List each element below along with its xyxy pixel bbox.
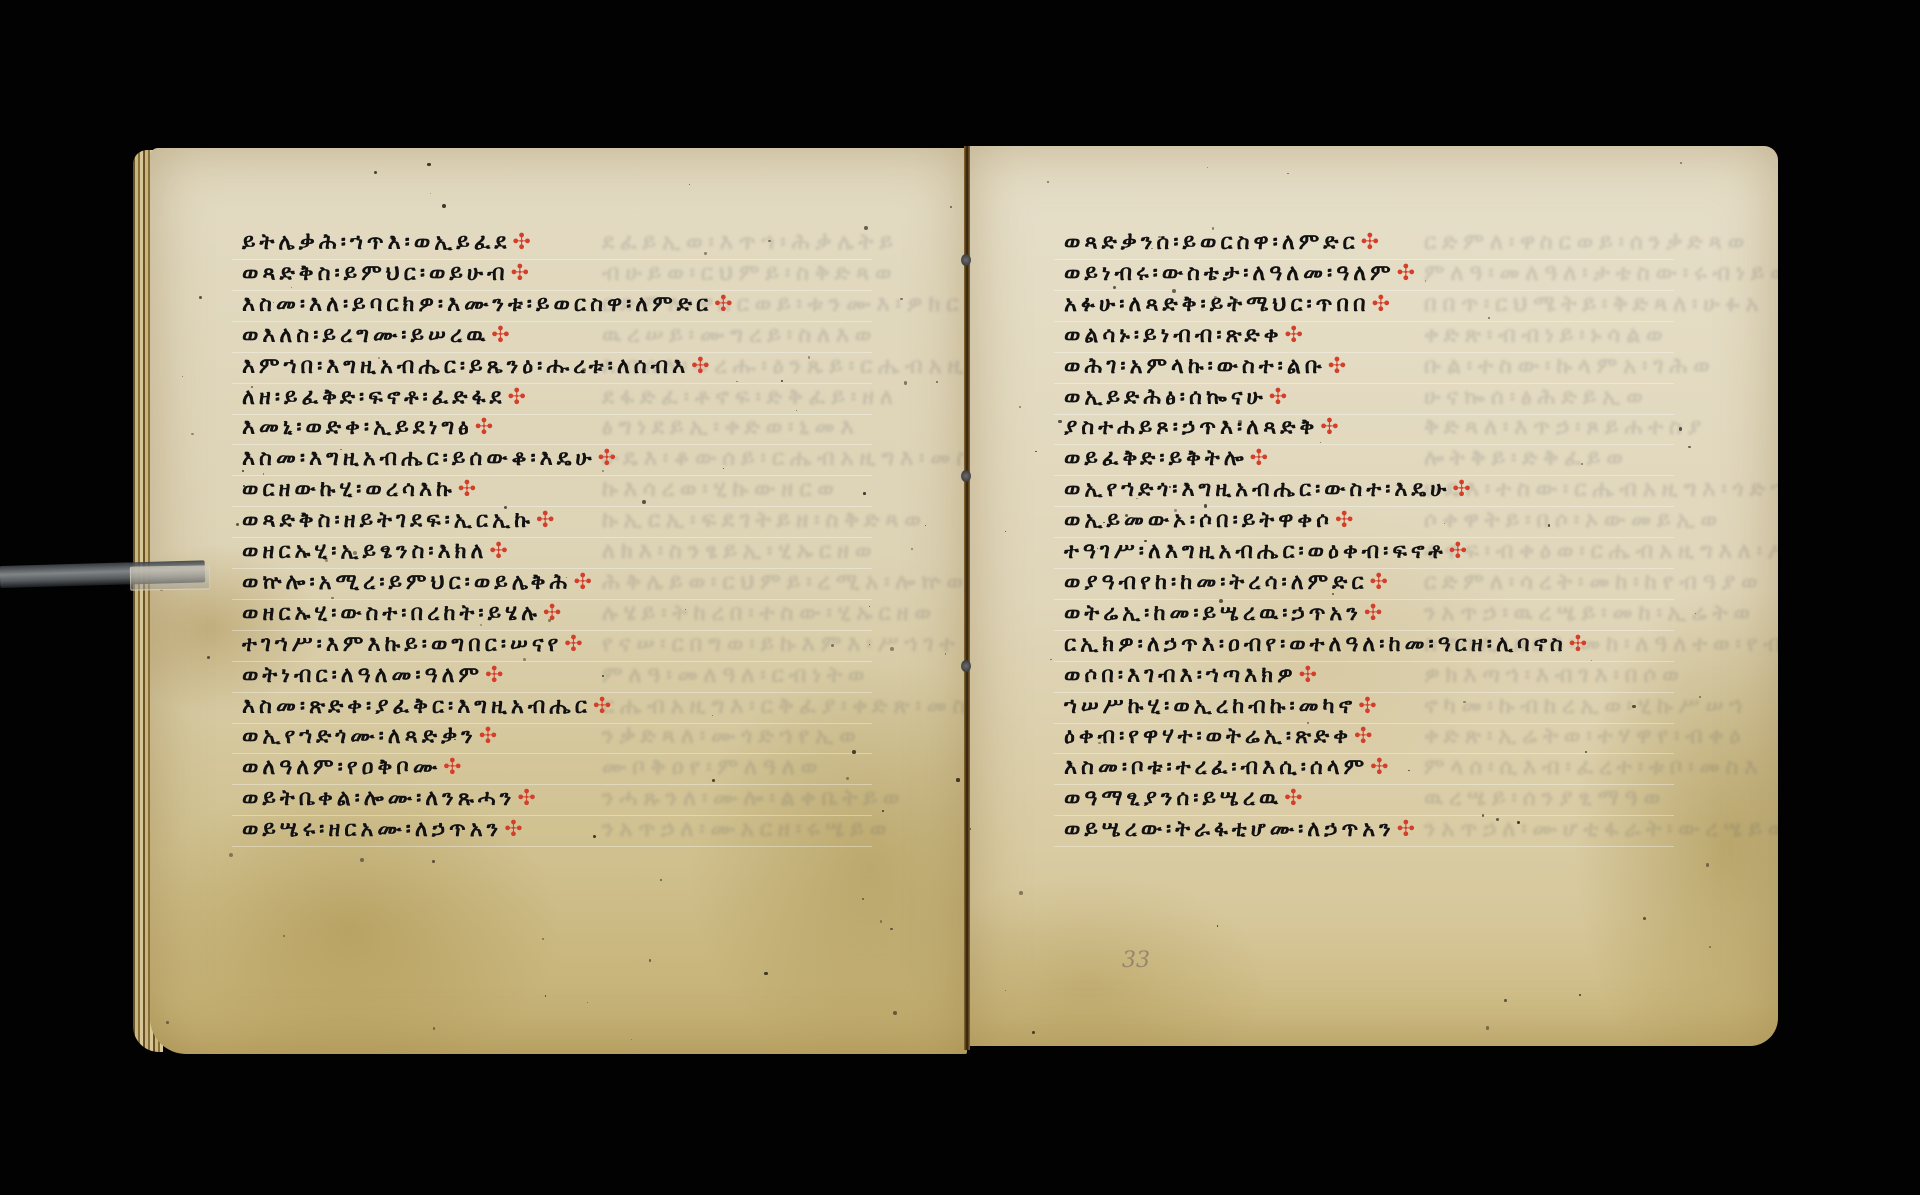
manuscript-line: ዕቀብ፡የዋሃተ፡ወትሬኢ፡ጽድቀ✣ [1064, 724, 1372, 749]
bleed-through-line: ሁዴእ፡ተስው፡ርሔብአዚግእ፡ጎድኀየኢወ [1424, 477, 1778, 502]
manuscript-line: ወይፈቅድ፡ይቅትሎ✣ [1064, 446, 1268, 471]
bleed-through-line: ርድምለ፡ሳረት፡መከ፡ከየብዓያወ [1424, 570, 1764, 595]
ruling-line [232, 630, 872, 631]
ruling-line [232, 661, 872, 662]
manuscript-line: ወእለስ፡ይረግሙ፡ይሠረዉ✣ [242, 323, 510, 348]
bleed-through-line: ዉረሤይ፡ሰንያፂማዓወ [1424, 786, 1666, 811]
rubric-cross-icon: ✣ [1285, 323, 1303, 348]
speck [781, 380, 783, 382]
manuscript-line: አፉሁ፡ለጻድቅ፡ይትሜህር፡ጥበበ✣ [1064, 292, 1390, 317]
line-text: ወጻድቅስ፡ይምህር፡ወይሁብ [242, 261, 509, 286]
ruling-line [1054, 630, 1674, 631]
rubric-cross-icon: ✣ [511, 261, 529, 286]
speck [1504, 999, 1506, 1001]
line-text: ወይነብሩ፡ውስቴታ፡ለዓለመ፡ዓለም [1064, 261, 1395, 286]
manuscript-line: ወትነብር፡ለዓለመ፡ዓለም✣ [242, 663, 503, 688]
manuscript-line: ወዘርኡሂ፡ኢይፄንስ፡እክለ✣ [242, 539, 508, 564]
speck [1098, 742, 1100, 744]
bleed-through-line: ንቃድጻለ፡ሙጎድኀየኢወ [602, 724, 862, 749]
manuscript-line: ወዓማፂያንሰ፡ይሤረዉ✣ [1064, 786, 1303, 811]
speck [1332, 593, 1334, 595]
speck [1019, 891, 1023, 895]
rubric-cross-icon: ✣ [1284, 786, 1302, 811]
left-page: ደፈይኢወ፡እጥኀ፡ሕቃሌትይብሁይወ፡ርህምይ፡ስቅድጻወርድምለ፡ዋስርወይ… [150, 148, 967, 1054]
rubric-cross-icon: ✣ [1299, 663, 1317, 688]
bleed-through-line: ኩኢርኢ፡ፍደገትይዘ፡ስቅድጻወ [602, 508, 927, 533]
rubric-cross-icon: ✣ [479, 724, 497, 749]
rubric-cross-icon: ✣ [491, 323, 509, 348]
speck [1482, 814, 1485, 817]
manuscript-photo: ደፈይኢወ፡እጥኀ፡ሕቃሌትይብሁይወ፡ርህምይ፡ስቅድጻወርድምለ፡ዋስርወይ… [0, 0, 1920, 1195]
bleed-through-line: ንአጥኃ፡ዉረሤይ፡መከ፡ኢሬትወ [1424, 601, 1756, 626]
bleed-through-line: ሶቀዋትይ፡በሶ፡ኦውመይኢወ [1424, 508, 1723, 533]
rubric-cross-icon: ✣ [1364, 601, 1382, 626]
rubric-cross-icon: ✣ [564, 632, 582, 657]
line-text: እስመ፡እለ፡ይባርክዎ፡እሙንቱ፡ይወርስዋ፡ለምድር [242, 292, 712, 317]
speck [582, 368, 585, 371]
bleed-through-line: ኩእሳረወ፡ሂኩውዘርወ [602, 477, 840, 502]
line-text: ወኢየኀድጎ፡እግዚአብሔር፡ውስተ፡እዴሁ [1064, 477, 1450, 502]
speck [1320, 442, 1321, 443]
line-text: ያስተሐይጾ፡ኃጥእ፡ለጻድቅ [1064, 415, 1318, 440]
speck [925, 525, 926, 526]
ruling-line [1054, 383, 1674, 384]
speck [331, 597, 333, 599]
rubric-cross-icon: ✣ [1370, 570, 1388, 595]
ruling-line [1054, 723, 1674, 724]
speck [1144, 540, 1146, 542]
speck [893, 1011, 897, 1015]
line-text: ተዓገሥ፡ለእግዚአብሔር፡ወዕቀብ፡ፍኖቶ [1064, 539, 1447, 564]
ruling-line [1054, 259, 1674, 260]
speck [374, 797, 377, 800]
ruling-line [232, 475, 872, 476]
line-text: ወእለስ፡ይረግሙ፡ይሠረዉ [242, 323, 489, 348]
rubric-cross-icon: ✣ [1397, 817, 1415, 842]
manuscript-line: ተገኀሥ፡እምእኩይ፡ወግበር፡ሠናየ✣ [242, 632, 583, 657]
speck [353, 551, 357, 555]
speck [1158, 236, 1160, 238]
bleed-through-line: ርድምለ፡ዋስርወይ፡ሰንቃድጻወ [1424, 230, 1750, 255]
speck [869, 644, 870, 645]
speck [1151, 248, 1152, 249]
speck [904, 381, 907, 384]
manuscript-line: እስመ፡ቦቱ፡ተረፈ፡ብእሲ፡ሰላም✣ [1064, 755, 1389, 780]
speck [1581, 463, 1583, 465]
rubric-cross-icon: ✣ [485, 663, 503, 688]
manuscript-line: ወርዘውኩሂ፡ወረሳእኩ✣ [242, 477, 476, 502]
bleed-through-line: ንሓጹንለ፡ሙሎ፡ልቀቤትይወ [602, 786, 905, 811]
bleed-through-line: ምላሰ፡ሲእብ፡ፈረተ፡ቱቦ፡መስእ [1424, 755, 1763, 780]
bleed-through-line: ሕቅሌይወ፡ርህምይ፡ረሚአ፡ሎኵወ [602, 570, 967, 595]
speck [1699, 696, 1701, 698]
line-text: ወጻድቃንሰ፡ይወርስዋ፡ለምድር [1064, 230, 1359, 255]
binding-stitch [961, 470, 971, 482]
speck [852, 750, 856, 754]
speck [936, 381, 938, 383]
line-text: ወዘርኡሂ፡ኢይፄንስ፡እክለ [242, 539, 487, 564]
rubric-cross-icon: ✣ [593, 694, 611, 719]
folio-number: 33 [1122, 948, 1150, 973]
speck [1172, 289, 1176, 293]
line-text: ወኢየኀድጎሙ፡ለጻድቃን [242, 724, 477, 749]
line-text: ወኢይመውኦ፡ሶበ፡ይትዋቀሶ [1064, 508, 1333, 533]
ruling-line [1054, 352, 1674, 353]
ruling-line [1054, 815, 1674, 816]
ruling-line [1054, 692, 1674, 693]
rubric-cross-icon: ✣ [517, 786, 535, 811]
rubric-cross-icon: ✣ [1372, 292, 1390, 317]
speck [900, 298, 902, 300]
speck [1486, 1026, 1489, 1029]
ruling-line [232, 321, 872, 322]
speck [911, 548, 913, 550]
manuscript-line: እምኀበ፡እግዚአብሔር፡ይጼንዕ፡ሑረቱ፡ለሰብእ✣ [242, 354, 710, 379]
manuscript-line: ወይሤረው፡ትራፋቲሆሙ፡ለኃጥአን✣ [1064, 817, 1415, 842]
rubric-cross-icon: ✣ [489, 539, 507, 564]
ruling-line [1054, 846, 1674, 847]
line-text: ወጻድቅስ፡ዘይትገደፍ፡ኢርኢኩ [242, 508, 534, 533]
ruling-line [1054, 506, 1674, 507]
speck [890, 647, 894, 651]
ruling-line [1054, 784, 1674, 785]
rubric-cross-icon: ✣ [504, 817, 522, 842]
line-text: አፉሁ፡ለጻድቅ፡ይትሜህር፡ጥበበ [1064, 292, 1370, 317]
manuscript-line: ርኢክዎ፡ለኃጥእ፡ዐብየ፡ወተለዓለ፡ከመ፡ዓርዘ፡ሊባኖስ✣ [1064, 632, 1587, 657]
binding-stitch [961, 254, 971, 266]
ruling-line [232, 537, 872, 538]
manuscript-line: ለዘ፡ይፈቅድ፡ፍኖቶ፡ፈድፋደ✣ [242, 385, 526, 410]
manuscript-line: ያስተሐይጾ፡ኃጥእ፡ለጻድቅ✣ [1064, 415, 1339, 440]
bleed-through-line: ለክእ፡ስንፄይኢ፡ሂኡርዘወ [602, 539, 877, 564]
bleed-through-line: ሎትቅይ፡ድቅፈይወ [1424, 446, 1629, 471]
manuscript-line: ወኵሎ፡አሚረ፡ይምህር፡ወይሌቅሕ✣ [242, 570, 592, 595]
line-text: ተገኀሥ፡እምእኩይ፡ወግበር፡ሠናየ [242, 632, 562, 657]
speck [602, 675, 603, 676]
manuscript-line: ይትሌቃሕ፡ኀጥእ፡ወኢይፈደ✣ [242, 230, 531, 255]
rubric-cross-icon: ✣ [443, 755, 461, 780]
manuscript-line: እመኒ፡ወድቀ፡ኢይደነግፅ✣ [242, 415, 493, 440]
rubric-cross-icon: ✣ [512, 230, 530, 255]
bookmark-tip [130, 565, 210, 590]
manuscript-line: ወጻድቅስ፡ዘይትገደፍ፡ኢርኢኩ✣ [242, 508, 554, 533]
rubric-cross-icon: ✣ [475, 415, 493, 440]
speck [1632, 705, 1635, 708]
ruling-line [232, 846, 872, 847]
rubric-cross-icon: ✣ [458, 477, 476, 502]
ruling-line [232, 383, 872, 384]
rubric-cross-icon: ✣ [1397, 261, 1415, 286]
ruling-line [1054, 537, 1674, 538]
manuscript-line: ወያዓብየከ፡ከመ፡ትረሳ፡ለምድር✣ [1064, 570, 1388, 595]
speck [1035, 451, 1036, 452]
ruling-line [1054, 444, 1674, 445]
ruling-line [232, 692, 872, 693]
line-text: ወይሤሩ፡ዘርአሙ፡ለኃጥአን [242, 817, 502, 842]
speck [1688, 446, 1690, 448]
speck [432, 860, 435, 863]
speck [427, 163, 431, 167]
line-text: እስመ፡ቦቱ፡ተረፈ፡ብእሲ፡ሰላም [1064, 755, 1368, 780]
bleed-through-line: ቀድጽ፡ብብነይ፡ኑሳልወ [1424, 323, 1669, 348]
bleed-through-line: ሙቦቅዐየ፡ምለዓለወ [602, 755, 823, 780]
speck [229, 853, 233, 857]
rubric-cross-icon: ✣ [1449, 539, 1467, 564]
ruling-line [1054, 661, 1674, 662]
manuscript-line: ወኢይመውኦ፡ሶበ፡ይትዋቀሶ✣ [1064, 508, 1353, 533]
line-text: ወለዓለም፡የዐቅቦሙ [242, 755, 441, 780]
bleed-through-line: ምለዓ፡መለዓለ፡ርብነትወ [602, 663, 870, 688]
bleed-through-line: ቀድጽ፡ኢሬትወ፡ተሃዋየ፡ብቀዕ [1424, 724, 1746, 749]
ruling-line [232, 259, 872, 260]
speck [1517, 821, 1520, 824]
line-text: ወልሳኑ፡ይነብብ፡ጽድቀ [1064, 323, 1283, 348]
manuscript-line: ወኢይድሕፅ፡ሰኰናሁ✣ [1064, 385, 1287, 410]
line-text: እስመ፡ጽድቀ፡ያፈቅር፡እግዚአብሔር [242, 694, 591, 719]
bleed-through-line: ሁዴእ፡ቆውሰይ፡ርሔብአዚግእ፡መስእ [602, 446, 967, 471]
bleed-through-line: ፅግነደይኢ፡ቀድወ፡ኒመእ [602, 415, 860, 440]
manuscript-line: ወይሤሩ፡ዘርአሙ፡ለኃጥአን✣ [242, 817, 523, 842]
ruling-line [232, 753, 872, 754]
gutter-fold [964, 146, 970, 1050]
speck [263, 473, 265, 475]
ruling-line [232, 352, 872, 353]
bleed-through-line: ዉረሠይ፡ሙግረይ፡ስለእወ [602, 323, 877, 348]
manuscript-line: ወሶበ፡እገብእ፡ኀጣእክዎ✣ [1064, 663, 1317, 688]
ruling-line [232, 723, 872, 724]
speck [1463, 701, 1466, 704]
speck [548, 619, 551, 622]
speck [1019, 406, 1021, 408]
line-text: እስመ፡እግዚአብሔር፡ይሰውቆ፡እዴሁ [242, 446, 596, 471]
manuscript-line: ወለዓለም፡የዐቅቦሙ✣ [242, 755, 462, 780]
line-text: ለዘ፡ይፈቅድ፡ፍኖቶ፡ፈድፋደ [242, 385, 506, 410]
ruling-line [232, 784, 872, 785]
bleed-through-line: ምለዓ፡መለዓለ፡ታቴስው፡ሩብነይወ [1424, 261, 1778, 286]
line-text: እምኀበ፡እግዚአብሔር፡ይጼንዕ፡ሑረቱ፡ለሰብእ [242, 354, 689, 379]
line-text: እመኒ፡ወድቀ፡ኢይደነግፅ [242, 415, 473, 440]
rubric-cross-icon: ✣ [714, 292, 732, 317]
bleed-through-line: ንአጥኃለ፡ሙሆቲፋራት፡ውረሤይወ [1424, 817, 1778, 842]
rubric-cross-icon: ✣ [1569, 632, 1587, 657]
line-text: ወርዘውኩሂ፡ወረሳእኩ [242, 477, 456, 502]
manuscript-line: ወኢየኀድጎሙ፡ለጻድቃን✣ [242, 724, 497, 749]
right-page: ርድምለ፡ዋስርወይ፡ሰንቃድጻወምለዓ፡መለዓለ፡ታቴስው፡ሩብነይወበበጥ፡… [968, 146, 1778, 1046]
manuscript-line: ወይትቤቀል፡ሎሙ፡ለንጹሓን✣ [242, 786, 536, 811]
line-text: ወኵሎ፡አሚረ፡ይምህር፡ወይሌቅሕ [242, 570, 571, 595]
speck [283, 935, 284, 936]
bleed-through-line: ደፈይኢወ፡እጥኀ፡ሕቃሌትይ [602, 230, 899, 255]
speck [1680, 162, 1682, 164]
manuscript-line: ወኢየኀድጎ፡እግዚአብሔር፡ውስተ፡እዴሁ✣ [1064, 477, 1471, 502]
bleed-through-line: ንአጥኃለ፡ሙአርዘ፡ሩሤይወ [602, 817, 892, 842]
rubric-cross-icon: ✣ [598, 446, 616, 471]
rubric-cross-icon: ✣ [508, 385, 526, 410]
speck [1235, 299, 1238, 302]
speck [1214, 296, 1217, 299]
line-text: ዕቀብ፡የዋሃተ፡ወትሬኢ፡ጽድቀ [1064, 724, 1352, 749]
bleed-through-line: ብሁይወ፡ርህምይ፡ስቅድጻወ [602, 261, 898, 286]
line-text: ወሕገ፡አምላኩ፡ውስተ፡ልቡ [1064, 354, 1326, 379]
speck [808, 356, 810, 358]
line-text: ኀሠሥኩሂ፡ወኢረከብኩ፡መካኖ [1064, 694, 1356, 719]
manuscript-line: ወጻድቅስ፡ይምህር፡ወይሁብ✣ [242, 261, 529, 286]
speck [1125, 514, 1128, 517]
rubric-cross-icon: ✣ [1335, 508, 1353, 533]
speck [1204, 504, 1207, 507]
ruling-line [1054, 321, 1674, 322]
rubric-cross-icon: ✣ [1452, 477, 1470, 502]
bleed-through-line: ደፋድፈ፡ቶኖፍ፡ድቅፈይ፡ዘለ [602, 385, 899, 410]
speck [1709, 946, 1711, 948]
line-text: ወሶበ፡እገብእ፡ኀጣእክዎ [1064, 663, 1297, 688]
speck [764, 972, 767, 975]
speck [587, 1002, 588, 1003]
ruling-line [1054, 290, 1674, 291]
speck [1219, 599, 1223, 603]
manuscript-line: ወዘርኡሂ፡ውስተ፡በረከት፡ይሄሉ✣ [242, 601, 561, 626]
line-text: ርኢክዎ፡ለኃጥእ፡ዐብየ፡ወተለዓለ፡ከመ፡ዓርዘ፡ሊባኖስ [1064, 632, 1567, 657]
speck [1207, 167, 1208, 168]
rubric-cross-icon: ✣ [543, 601, 561, 626]
speck [956, 778, 959, 781]
line-text: ወትነብር፡ለዓለመ፡ዓለም [242, 663, 483, 688]
bleed-through-line: ቡል፡ተስው፡ኩላምአ፡ገሕወ [1424, 354, 1716, 379]
line-text: ወይትቤቀል፡ሎሙ፡ለንጹሓን [242, 786, 515, 811]
speck [523, 658, 526, 661]
bleed-through-line: ቅድጻለ፡እጥኃ፡ጾይሐተስያ [1424, 415, 1707, 440]
manuscript-line: ወሕገ፡አምላኩ፡ውስተ፡ልቡ✣ [1064, 354, 1346, 379]
speck [364, 801, 368, 805]
ruling-line [1054, 414, 1674, 415]
ruling-line [232, 444, 872, 445]
speck [1238, 420, 1241, 423]
speck [1217, 925, 1219, 927]
manuscript-line: እስመ፡ጽድቀ፡ያፈቅር፡እግዚአብሔር✣ [242, 694, 611, 719]
manuscript-line: ወጻድቃንሰ፡ይወርስዋ፡ለምድር✣ [1064, 230, 1379, 255]
rubric-cross-icon: ✣ [1269, 385, 1287, 410]
ruling-line [232, 568, 872, 569]
line-text: ይትሌቃሕ፡ኀጥእ፡ወኢይፈደ [242, 230, 510, 255]
speck [433, 1027, 435, 1029]
binding-stitch [961, 660, 971, 672]
bleed-through-line: ቶኖፍ፡ብቀዕወ፡ርሔብአዚግእለ፡ሥገዓተ [1424, 539, 1778, 564]
manuscript-line: ወትሬኢ፡ከመ፡ይሤረዉ፡ኃጥአን✣ [1064, 601, 1382, 626]
ruling-line [1054, 753, 1674, 754]
line-text: ወዓማፂያንሰ፡ይሤረዉ [1064, 786, 1282, 811]
line-text: ወያዓብየከ፡ከመ፡ትረሳ፡ለምድር [1064, 570, 1368, 595]
ruling-line [232, 815, 872, 816]
ruling-line [1054, 475, 1674, 476]
rubric-cross-icon: ✣ [1354, 724, 1372, 749]
rubric-cross-icon: ✣ [1370, 755, 1388, 780]
ruling-line [1054, 568, 1674, 569]
rubric-cross-icon: ✣ [1250, 446, 1268, 471]
manuscript-line: ኀሠሥኩሂ፡ወኢረከብኩ፡መካኖ✣ [1064, 694, 1377, 719]
speck [1548, 524, 1550, 526]
bleed-through-line: ዎክእጣኀ፡እብገእ፡በሶወ [1424, 663, 1685, 688]
bleed-through-line: ሁናኰሰ፡ፅሕድይኢወ [1424, 385, 1649, 410]
speck [1706, 863, 1710, 867]
speck [863, 492, 866, 495]
rubric-cross-icon: ✣ [691, 354, 709, 379]
manuscript-line: ወይነብሩ፡ውስቴታ፡ለዓለመ፡ዓለም✣ [1064, 261, 1415, 286]
line-text: ወዘርኡሂ፡ውስተ፡በረከት፡ይሄሉ [242, 601, 541, 626]
speck [166, 1021, 169, 1024]
rubric-cross-icon: ✣ [536, 508, 554, 533]
rubric-cross-icon: ✣ [1358, 694, 1376, 719]
ruling-line [1054, 599, 1674, 600]
speck [880, 920, 882, 922]
ruling-line [232, 599, 872, 600]
ruling-line [232, 290, 872, 291]
speck [360, 858, 364, 862]
rubric-cross-icon: ✣ [1361, 230, 1379, 255]
rubric-cross-icon: ✣ [1320, 415, 1338, 440]
line-text: ወይሤረው፡ትራፋቲሆሙ፡ለኃጥአን [1064, 817, 1395, 842]
bleed-through-line: የናሠ፡ርበግወ፡ይኩእምእ፡ሥኀገተ [602, 632, 960, 657]
speck [242, 470, 244, 472]
rubric-cross-icon: ✣ [1328, 354, 1346, 379]
speck [1169, 486, 1171, 488]
speck [442, 204, 446, 208]
line-text: ወኢይድሕፅ፡ሰኰናሁ [1064, 385, 1267, 410]
speck [768, 240, 771, 243]
ruling-line [232, 414, 872, 415]
speck [642, 500, 646, 504]
ruling-line [232, 506, 872, 507]
line-text: ወይፈቅድ፡ይቅትሎ [1064, 446, 1248, 471]
bleed-through-line: ሉሄይ፡ትከረበ፡ተስው፡ሂኡርዘወ [602, 601, 937, 626]
bleed-through-line: ርሔብአዚግእ፡ርቅፈያ፡ቀድጽ፡መስእ [602, 694, 967, 719]
manuscript-line: እስመ፡እለ፡ይባርክዎ፡እሙንቱ፡ይወርስዋ፡ለምድር✣ [242, 292, 733, 317]
rubric-cross-icon: ✣ [573, 570, 591, 595]
manuscript-line: ወልሳኑ፡ይነብብ፡ጽድቀ✣ [1064, 323, 1303, 348]
bleed-through-line: በበጥ፡ርህሜትይ፡ቅድጻለ፡ሁፉአ [1424, 292, 1765, 317]
speck [945, 653, 946, 654]
line-text: ወትሬኢ፡ከመ፡ይሤረዉ፡ኃጥአን [1064, 601, 1362, 626]
manuscript-line: ተዓገሥ፡ለእግዚአብሔር፡ወዕቀብ፡ፍኖቶ✣ [1064, 539, 1467, 564]
manuscript-line: እስመ፡እግዚአብሔር፡ይሰውቆ፡እዴሁ✣ [242, 446, 616, 471]
